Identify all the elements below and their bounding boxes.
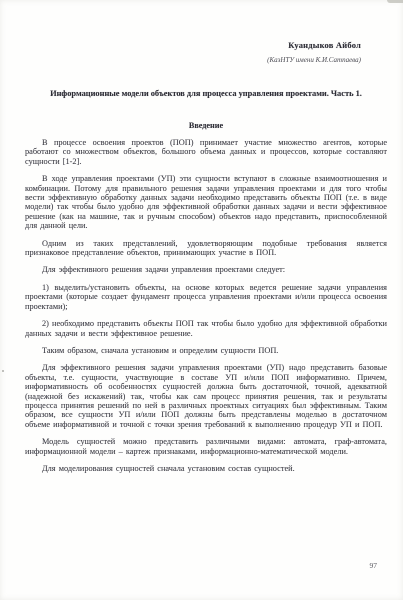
author-affiliation: (КазНТУ имени К.И.Сатпаева) [25,56,361,64]
paragraph-4: Для эффективного решения задачи управлен… [25,265,387,274]
section-heading-introduction: Введение [25,121,387,130]
article-title: Информационные модели объектов для проце… [25,89,387,99]
page-number: 97 [370,561,378,570]
paragraph-7: Таким образом, сначала установим и опред… [25,346,387,355]
paragraph-3: Одним из таких представлений, удовлетвор… [25,239,387,258]
scan-speck-icon [2,370,4,372]
paragraph-8: Для эффективного решения задачи управлен… [25,363,387,429]
document-page: Куандыков Айбол (КазНТУ имени К.И.Сатпае… [0,0,403,600]
paragraph-10: Для моделирования сущностей сначала уста… [25,464,387,473]
list-item-1: 1) выделить/установить объекты, на основ… [25,283,387,311]
list-item-2: 2) необходимо представить объекты ПОП та… [25,319,387,338]
paragraph-2: В ходе управления проектами (УП) эти сущ… [25,174,387,230]
page-content: Куандыков Айбол (КазНТУ имени К.И.Сатпае… [0,0,403,473]
author-name: Куандыков Айбол [25,40,361,50]
paragraph-1: В процессе освоения проектов (ПОП) прини… [25,138,387,166]
byline-block: Куандыков Айбол (КазНТУ имени К.И.Сатпае… [25,40,387,64]
paragraph-9: Модель сущностей можно представить разли… [25,437,387,456]
scan-artifact-icon [387,0,403,3]
article-body: В процессе освоения проектов (ПОП) прини… [25,138,387,473]
